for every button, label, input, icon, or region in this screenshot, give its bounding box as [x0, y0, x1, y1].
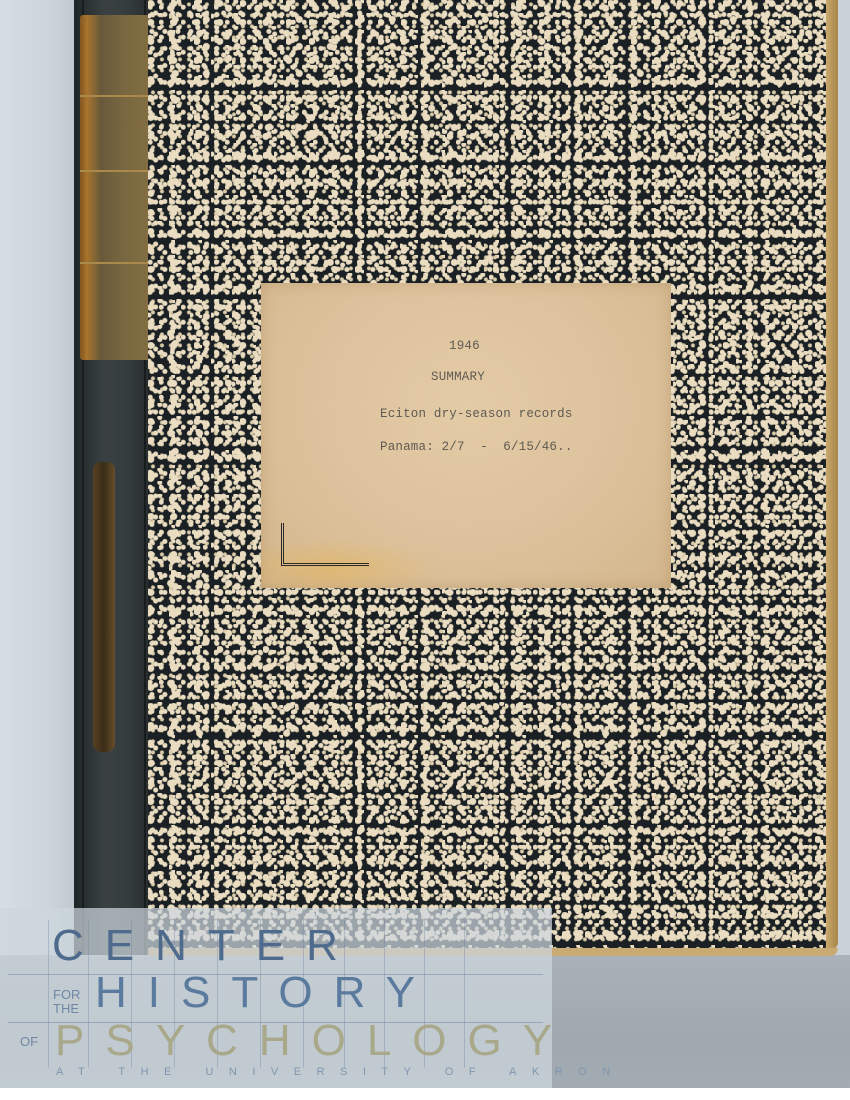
- tape-seam: [80, 262, 150, 264]
- label-location-dates: Panama: 2/7 - 6/15/46..: [380, 440, 573, 454]
- archive-watermark: CENTER FOR THE HISTORY OF PSYCHOLOGY AT …: [0, 908, 552, 1088]
- repair-tape-middle: [93, 462, 115, 752]
- label-corner-mark: [281, 523, 369, 566]
- scan-margin: [0, 1088, 850, 1100]
- cover-page-edge: [826, 0, 838, 950]
- cover-label: 1946 SUMMARY Eciton dry-season records P…: [261, 283, 671, 588]
- logo-the: THE: [53, 1002, 79, 1015]
- logo-footer: AT THE UNIVERSITY OF AKRON: [56, 1066, 626, 1078]
- tape-seam: [80, 95, 150, 97]
- logo-of: OF: [20, 1035, 38, 1048]
- logo-for: FOR: [53, 988, 80, 1001]
- logo-history: HISTORY: [95, 968, 436, 1018]
- label-heading: SUMMARY: [431, 370, 485, 384]
- label-subject: Eciton dry-season records: [380, 407, 573, 421]
- tape-seam: [80, 170, 150, 172]
- repair-tape-top: [80, 15, 150, 360]
- label-year: 1946: [449, 339, 480, 353]
- logo-center: CENTER: [52, 921, 359, 971]
- logo-psychology: PSYCHOLOGY: [55, 1016, 573, 1066]
- logo-grid-line: [48, 920, 49, 1068]
